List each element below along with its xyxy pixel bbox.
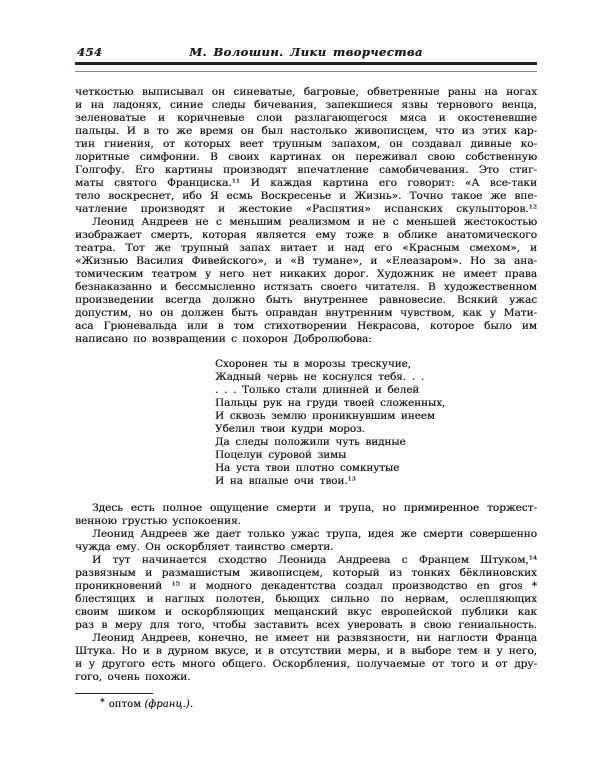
running-title: М. Волошин. Лики творчества [75,45,537,59]
text-line: безнаказанно и бессмысленно истязать сво… [75,281,537,294]
text-line: Убелил твои кудри мороз. [215,423,537,436]
text-line: маты святого Франциска.¹¹ И каждая карти… [75,177,537,190]
text-line: Леонид Андреев же дает только ужас трупа… [75,528,537,541]
header-rule-thin [75,71,537,72]
text-line: тин гниения, от которых веет трупным зап… [75,138,537,151]
footnote-language-note: (франц.). [144,699,193,710]
text-line: Пальцы рук на груди твоей сложенных, [215,397,537,410]
text-line: Штука. Но и в дурном вкусе, и в отсутств… [75,645,537,658]
running-head: 454 М. Волошин. Лики творчества [75,45,537,61]
text-line: четкостью выписывал он синеватые, багров… [75,86,537,99]
text-line: чужда ему. Он оскорбляет таинство смерти… [75,541,537,554]
text-line: Да следы положили чуть видные [215,436,537,449]
text-line: произведении всегда должно быть внутренн… [75,294,537,307]
text-line: проникновений ¹⁵ и модного декадентства … [75,580,537,593]
paragraph-1: четкостью выписывал он синеватые, багров… [75,86,537,216]
page-number: 454 [77,45,102,59]
text-line: Жадный червь не коснулся тебя. . . [215,371,537,384]
text-line: лоритные симфонии. В своих картинах он п… [75,151,537,164]
text-line: «Жизнью Василия Фивейского», и «В тумане… [75,255,537,268]
poem-quotation: Схоронен ты в морозы трескучие,Жадный че… [215,358,537,488]
text-line: Леонид Андреев не с меньшим реализмом и … [75,216,537,229]
text-line: своим шиком и оскорбляющих мещанский вку… [75,606,537,619]
text-line: развязным и размашистым живописцем, кото… [75,567,537,580]
footnote-text: оптом [109,699,141,710]
text-line: Здесь есть полное ощущение смерти и труп… [75,502,537,515]
page-content: 454 М. Волошин. Лики творчества четкость… [75,0,537,710]
text-line: На уста твои плотно сомкнутые [215,462,537,475]
text-line: Голгофу. Его картины производят впечатле… [75,164,537,177]
paragraph-4: Леонид Андреев же дает только ужас трупа… [75,528,537,554]
text-line: аса Грюневальда или в том стихотворении … [75,320,537,333]
text-line: Схоронен ты в морозы трескучие, [215,358,537,371]
text-line: И сквозь землю проникнувшим инеем [215,410,537,423]
paragraph-3: Здесь есть полное ощущение смерти и труп… [75,502,537,528]
text-line: раз в меру для того, чтобы заставить все… [75,619,537,632]
paragraph-2: Леонид Андреев не с меньшим реализмом и … [75,216,537,346]
footnote: *оптом (франц.). [75,699,537,710]
text-line: тело воскреснет, ибо Я есмь Воскресенье … [75,190,537,203]
text-line: блестящих и наглых полотен, бьющих сильн… [75,593,537,606]
text-line: . . . Только стали длинней и белей [215,384,537,397]
text-line: написано по возвращении с похорон Доброл… [75,333,537,346]
text-line: изображает смерть, которая является ему … [75,229,537,242]
text-line: зеленоватые и коричневые слои разлагающе… [75,112,537,125]
footnote-rule [75,693,153,695]
body-text: четкостью выписывал он синеватые, багров… [75,86,537,684]
text-line: гого, очень похожи. [75,671,537,684]
footnote-asterisk-marker: * [100,698,105,708]
paragraph-6: Леонид Андреев, конечно, не имеет ни раз… [75,632,537,684]
text-line: театра. Тот же трупный запах витает и на… [75,242,537,255]
header-rule-thick [75,62,537,65]
book-page: 454 М. Волошин. Лики творчества четкость… [0,0,600,765]
text-line: И тут начинается сходство Леонида Андрее… [75,554,537,567]
text-line: венною грустью успокоения. [75,515,537,528]
text-line: и у другого есть много общего. Оскорблен… [75,658,537,671]
paragraph-5: И тут начинается сходство Леонида Андрее… [75,554,537,632]
text-line: Поцелуи суровой зимы [215,449,537,462]
text-line: чатление производят и жестокие «Распятия… [75,203,537,216]
text-line: пальцы. И в то же время он был настолько… [75,125,537,138]
text-line: Леонид Андреев, конечно, не имеет ни раз… [75,632,537,645]
text-line: и на ладонях, синие следы бичевания, зап… [75,99,537,112]
text-line: томическим театром у него нет никаких до… [75,268,537,281]
text-line: И на впалые очи твои.¹³ [215,475,537,488]
text-line: допустим, но он должен быть оправдан вну… [75,307,537,320]
